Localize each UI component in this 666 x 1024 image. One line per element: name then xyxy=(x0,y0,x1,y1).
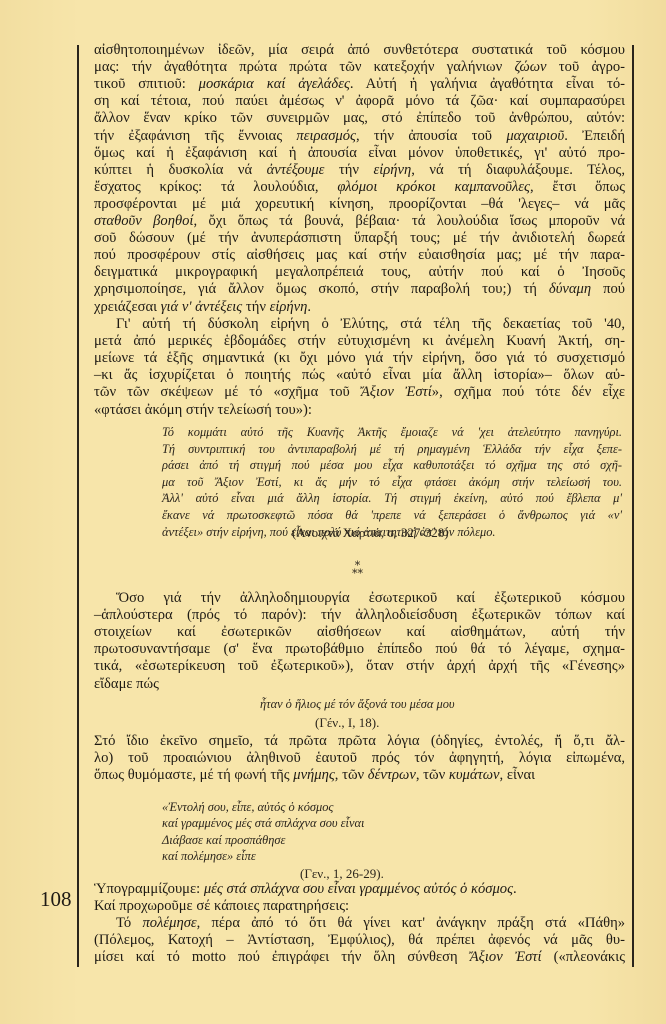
text: «φτάσει ἀκόμη στήν τελείωσή του»): xyxy=(94,402,312,418)
text: –ἁπλούστερα (πρός τό παρόν): τήν ἀλληλοδ… xyxy=(94,607,625,623)
verse-line: καί γραμμένος μές στά σπλάχνα σου εἶναι xyxy=(162,815,364,831)
italic-text: ζώων xyxy=(514,59,546,75)
text: μείωνε τά ἑξῆς σημαντικά (κι ὄχι μόνο γι… xyxy=(94,350,625,366)
text-line: Στό ἴδιο ἐκεῖνο σημεῖο, τά πρῶτα πρῶτα λ… xyxy=(94,733,625,750)
quote-line: μα τοῦ Ἄξιον Ἐστί, κι ἄς μήν τό εἶχα φτά… xyxy=(162,474,622,491)
text-line: αἰσθητοποιημένων ἰδεῶν, μία σειρά ἀπό συ… xyxy=(94,42,625,59)
verse-quote-2: «Ἐντολή σου, εἶπε, αὐτός ὁ κόσμοςκαί γρα… xyxy=(162,799,364,864)
text: Ὑπογραμμίζουμε: xyxy=(94,881,204,897)
text: (Πόλεμος, Κατοχή – Ἀντίσταση, Ἐμφύλιος),… xyxy=(94,932,625,948)
text-line: ἔσχατος κρίκος: τά λουλούδια, φλόμοι κρό… xyxy=(94,179,625,196)
text: κύπτει ἡ δυσκολία νά xyxy=(94,162,267,178)
italic-text: μαχαιριοῦ xyxy=(506,128,564,144)
italic-text: κυμάτων xyxy=(449,767,500,783)
text-line: πού προσφέρουν στίς αἰσθήσεις μας καί στ… xyxy=(94,247,625,264)
text: προσφέρονται μέ μιά χορευτική κίνηση, πρ… xyxy=(94,196,625,212)
text: μίσει καί τό motto πού ἐπιγράφει τήν ὅλη… xyxy=(94,949,470,965)
text-line: ση καί τέτοια, πού παύει ἀμέσως ν' ἀφορᾶ… xyxy=(94,93,625,110)
italic-text: πολέμησε xyxy=(142,915,196,931)
text-line: ὅμως καί ἡ ἐξαφάνιση καί ἡ ἀπουσία εἶναι… xyxy=(94,145,625,162)
text-line: πρωτοσυναντήσαμε (σ' ἕνα πρωτοβάθμιο ἐπί… xyxy=(94,641,625,658)
page-number: 108 xyxy=(40,887,72,912)
text: Ὅσο γιά τήν ἀλληλοδημιουργία ἐσωτερικοῦ … xyxy=(116,590,625,606)
text-line: μας: τήν ἀγαθότητα πρώτα πρώτα τῶν κατεξ… xyxy=(94,59,625,76)
text-line: Ὅσο γιά τήν ἀλληλοδημιουργία ἐσωτερικοῦ … xyxy=(94,590,625,607)
text: τῶν τῶν σκέψεων μέ τό «σχῆμα τοῦ xyxy=(94,384,361,400)
text-line: σταθοῦν βοηθοί, ὄχι ὅπως τά βουνά, βέβαι… xyxy=(94,213,625,230)
text: ἄλλον ἕναν κρίκο τῶν συνειρμῶν μας, στό … xyxy=(94,110,625,126)
text: ἔσχατος κρίκος: τά λουλούδια, xyxy=(94,179,337,195)
italic-text: μές στά σπλάχνα σου εἶναι γραμμένος αὐτό… xyxy=(204,881,513,897)
text-line: Καί προχωροῦμε σέ κάποιες παρατηρήσεις: xyxy=(94,898,625,915)
italic-text: φλόμοι κρόκοι καμπανοῦλες xyxy=(337,179,530,195)
text: τικά, «ἐσωτερίκευση τοῦ ἐξωτερικοῦ»), ὅτ… xyxy=(94,658,625,674)
text-line: στοιχείων καί ἐσωτερικῶν αἰσθήσεων καί α… xyxy=(94,624,625,641)
italic-text: γιά ν' ἀντέξεις xyxy=(161,299,242,315)
text: , ὄχι ὅπως τά βουνά, βέβαια· τά λουλούδι… xyxy=(193,213,625,229)
text: . xyxy=(307,299,311,315)
italic-text: εἰρήνη xyxy=(270,299,308,315)
text-line: Τό πολέμησε, πέρα ἀπό τό ὅτι θά γίνει κα… xyxy=(94,915,625,932)
text-line: –ἁπλούστερα (πρός τό παρόν): τήν ἀλληλοδ… xyxy=(94,607,625,624)
text-line: Ὑπογραμμίζουμε: μές στά σπλάχνα σου εἶνα… xyxy=(94,881,625,898)
text: τοῦ ἀγρο- xyxy=(547,59,625,75)
text-line: κύπτει ἡ δυσκολία νά ἀντέξουμε τήν εἰρήν… xyxy=(94,162,625,179)
text-line: δειγματικά μικρογραφική μεγαλοπρέπειά το… xyxy=(94,264,625,281)
text: μετά ἀπό μερικές ἑβδομάδες στήν εὐτυχισμ… xyxy=(94,333,625,349)
text: πρωτοσυναντήσαμε (σ' ἕνα πρωτοβάθμιο ἐπί… xyxy=(94,641,625,657)
text: μας: τήν ἀγαθότητα πρώτα πρώτα τῶν κατεξ… xyxy=(94,59,514,75)
section-separator: *** xyxy=(352,562,363,578)
text-line: μετά ἀπό μερικές ἑβδομάδες στήν εὐτυχισμ… xyxy=(94,333,625,350)
text-line: τῶν τῶν σκέψεων μέ τό «σχῆμα τοῦ Ἄξιον Ἐ… xyxy=(94,384,625,401)
text: . Ἐπειδή xyxy=(564,128,625,144)
text: («πλεονάκις xyxy=(542,949,625,965)
quote-line: Τή συντριπτική του ἀντιπαραβολή μέ τή ρη… xyxy=(162,441,622,458)
text-line: (Πόλεμος, Κατοχή – Ἀντίσταση, Ἐμφύλιος),… xyxy=(94,932,625,949)
text-line: τικά, «ἐσωτερίκευση τοῦ ἐξωτερικοῦ»), ὅτ… xyxy=(94,658,625,675)
italic-text: δέντρων xyxy=(368,767,416,783)
verse-2-source: (Γεν., 1, 26-29). xyxy=(300,866,384,882)
italic-text: δύναμη xyxy=(549,281,591,297)
text-line: προσφέρονται μέ μιά χορευτική κίνηση, πρ… xyxy=(94,196,625,213)
text: χρειάζεσαι xyxy=(94,299,161,315)
left-margin-rule xyxy=(77,45,79,967)
quote-source: (Ἀνοιχτά Χαρτιά, σ. 327-328) xyxy=(292,525,449,541)
text: πού xyxy=(591,281,625,297)
italic-text: μνήμης xyxy=(293,767,335,783)
text: αἰσθητοποιημένων ἰδεῶν, μία σειρά ἀπό συ… xyxy=(94,42,625,58)
text: Καί προχωροῦμε σέ κάποιες παρατηρήσεις: xyxy=(94,898,349,914)
text-line: τικοῦ σπιτιοῦ: μοσκάρια καί ἀγελάδες. Αὐ… xyxy=(94,76,625,93)
text: , πέρα ἀπό τό ὅτι θά γίνει κατ' ἀνάγκην … xyxy=(197,915,625,931)
text: . xyxy=(513,881,517,897)
verse-quote-1: ἦταν ὁ ἥλιος μέ τόν ἄξονά του μέσα μου xyxy=(260,696,455,712)
verse-line: «Ἐντολή σου, εἶπε, αὐτός ὁ κόσμος xyxy=(162,799,364,815)
text-line: εἴδαμε πώς xyxy=(94,676,625,693)
text: λο) τοῦ προαιώνιου ἀληθινοῦ ἑαυτοῦ πρός … xyxy=(94,750,625,766)
text: ση καί τέτοια, πού παύει ἀμέσως ν' ἀφορᾶ… xyxy=(94,93,625,109)
text: , νά τή διαφυλάξουμε. Τέλος, xyxy=(411,162,625,178)
italic-text: σταθοῦν βοηθοί xyxy=(94,213,193,229)
text-line: τήν ἐξαφάνιση τῆς ἔννοιας πειρασμός, τήν… xyxy=(94,128,625,145)
text: τήν xyxy=(324,162,373,178)
italic-text: Ἄξιον Ἐστί xyxy=(361,384,432,400)
verse-1-source: (Γέν., Ι, 18). xyxy=(315,715,379,731)
text: . Αὐτή ἡ γαλήνια ἀγαθότητα εἶναι τό- xyxy=(350,76,625,92)
text-line: μείωνε τά ἑξῆς σημαντικά (κι ὄχι μόνο γι… xyxy=(94,350,625,367)
text: Στό ἴδιο ἐκεῖνο σημεῖο, τά πρῶτα πρῶτα λ… xyxy=(94,733,625,749)
text-line: χρησιμοποίησε, γιά ἄλλον ὅμως σκοπό, στή… xyxy=(94,281,625,298)
right-margin-rule xyxy=(632,45,634,967)
text: Γι' αὐτή τή δύσκολη εἰρήνη ὁ Ἐλύτης, στά… xyxy=(116,316,625,332)
text-line: λο) τοῦ προαιώνιου ἀληθινοῦ ἑαυτοῦ πρός … xyxy=(94,750,625,767)
text: , εἶναι xyxy=(500,767,536,783)
book-page: αἰσθητοποιημένων ἰδεῶν, μία σειρά ἀπό συ… xyxy=(0,0,666,1024)
italic-text: ἀντέξουμε xyxy=(267,162,325,178)
text: σοῦ δώσουν (μέ τήν ἀνυπεράσπιστη ὕπαρξή … xyxy=(94,230,625,246)
text: , τήν ἀπουσία τοῦ xyxy=(356,128,506,144)
text-line: Γι' αὐτή τή δύσκολη εἰρήνη ὁ Ἐλύτης, στά… xyxy=(94,316,625,333)
text-line: ὅπως θυμόμαστε, μέ τή φωνή τῆς μνήμης, τ… xyxy=(94,767,625,784)
italic-text: μοσκάρια καί ἀγελάδες xyxy=(199,76,350,92)
text: πού προσφέρουν στίς αἰσθήσεις μας καί στ… xyxy=(94,247,625,263)
text: –κι ἄς ἰσχυρίζεται ὁ ποιητής πώς «αὐτό ε… xyxy=(94,367,625,383)
text: ὅμως καί ἡ ἐξαφάνιση καί ἡ ἀπουσία εἶναι… xyxy=(94,145,625,161)
text: , τῶν xyxy=(416,767,449,783)
text: , ἔτσι ὅπως xyxy=(530,179,625,195)
text-line: «φτάσει ἀκόμη στήν τελείωσή του»): xyxy=(94,402,625,419)
verse-line: καί πολέμησε» εἶπε xyxy=(162,848,364,864)
quote-line: ἔκανε νά πρωτοσκεφτῶ πόσα θά 'πρεπε νά ξ… xyxy=(162,507,622,524)
italic-text: πειρασμός xyxy=(296,128,356,144)
quote-line: Τό κομμάτι αὐτό τῆς Κυανῆς Ἀκτῆς ἔμοιαζε… xyxy=(162,424,622,441)
italic-text: Ἄξιον Ἐστί xyxy=(470,949,542,965)
text: εἴδαμε πώς xyxy=(94,676,159,692)
text: Τό xyxy=(116,915,142,931)
text-line: μίσει καί τό motto πού ἐπιγράφει τήν ὅλη… xyxy=(94,949,625,966)
italic-text: εἰρήνη xyxy=(373,162,411,178)
text-line: χρειάζεσαι γιά ν' ἀντέξεις τήν εἰρήνη. xyxy=(94,299,625,316)
text: τήν xyxy=(242,299,269,315)
verse-line: Διάβασε καί προσπάθησε xyxy=(162,832,364,848)
text: τικοῦ σπιτιοῦ: xyxy=(94,76,199,92)
quote-line: Ἀλλ' αὐτό εἶναι μιά ἄλλη ἱστορία. Τή στι… xyxy=(162,490,622,507)
text: δειγματικά μικρογραφική μεγαλοπρέπειά το… xyxy=(94,264,625,280)
text: , τῶν xyxy=(335,767,368,783)
text: στοιχείων καί ἐσωτερικῶν αἰσθήσεων καί α… xyxy=(94,624,625,640)
text: χρησιμοποίησε, γιά ἄλλον ὅμως σκοπό, στή… xyxy=(94,281,549,297)
text: », σχῆμα πού τότε δέν εἶχε xyxy=(432,384,625,400)
text: ὅπως θυμόμαστε, μέ τή φωνή τῆς xyxy=(94,767,293,783)
text-line: –κι ἄς ἰσχυρίζεται ὁ ποιητής πώς «αὐτό ε… xyxy=(94,367,625,384)
text-line: σοῦ δώσουν (μέ τήν ἀνυπεράσπιστη ὕπαρξή … xyxy=(94,230,625,247)
text-line: ἄλλον ἕναν κρίκο τῶν συνειρμῶν μας, στό … xyxy=(94,110,625,127)
text: τήν ἐξαφάνιση τῆς ἔννοιας xyxy=(94,128,296,144)
quote-line: ράσει ἀπό τή στιγμή πού μέσα μου εἶχα κα… xyxy=(162,457,622,474)
